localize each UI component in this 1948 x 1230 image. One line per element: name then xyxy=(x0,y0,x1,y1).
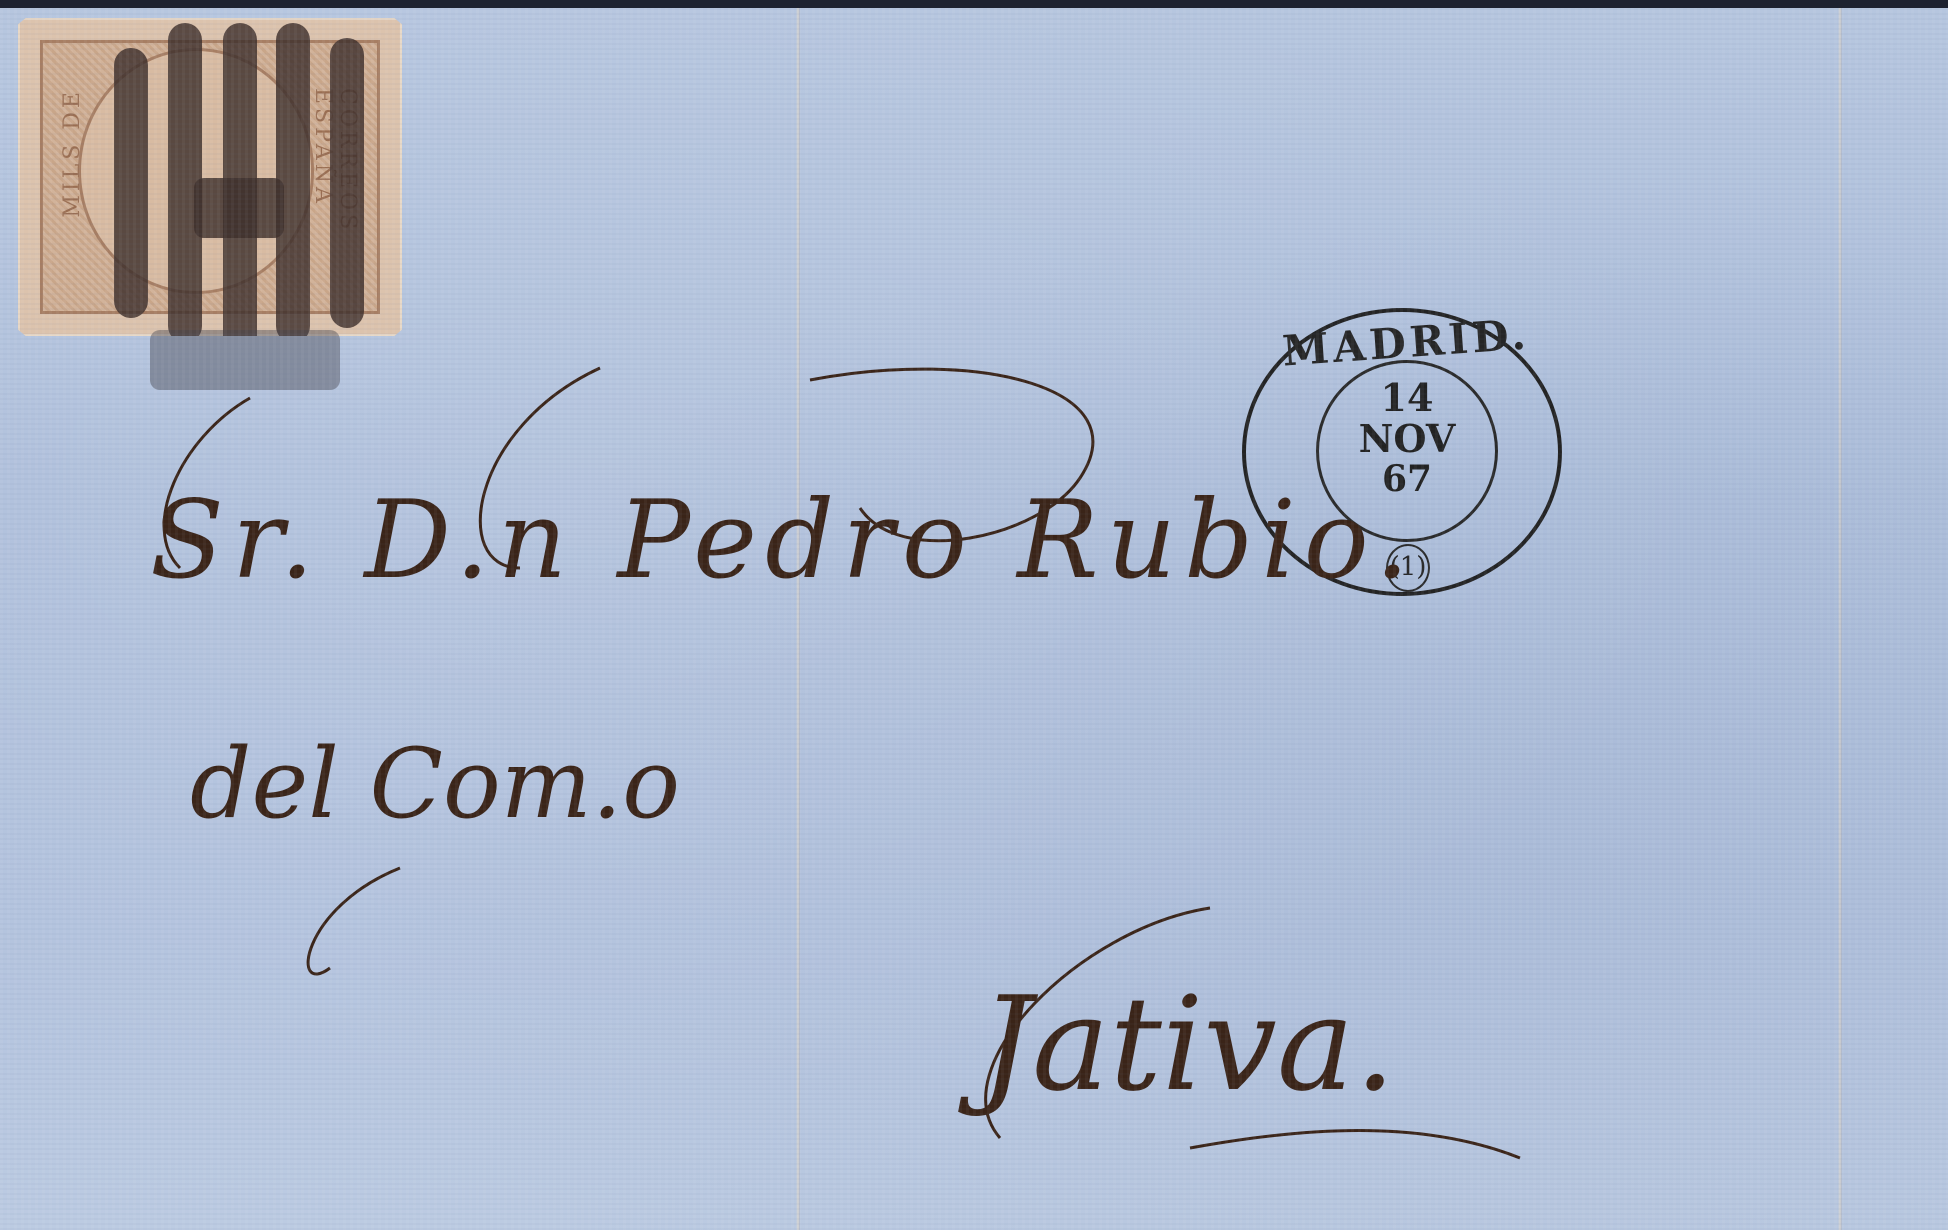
address-line-town: Jativa. xyxy=(980,968,1396,1120)
address-line-addressee: Sr. D.n Pedro Rubio. xyxy=(150,478,1417,603)
postal-cover: MILS DE CORREOS ESPAÑA MADRID. 14 NOV 67… xyxy=(0,8,1948,1230)
address-line-business: del Com.o xyxy=(190,728,680,840)
pen-flourishes xyxy=(0,8,1948,1230)
